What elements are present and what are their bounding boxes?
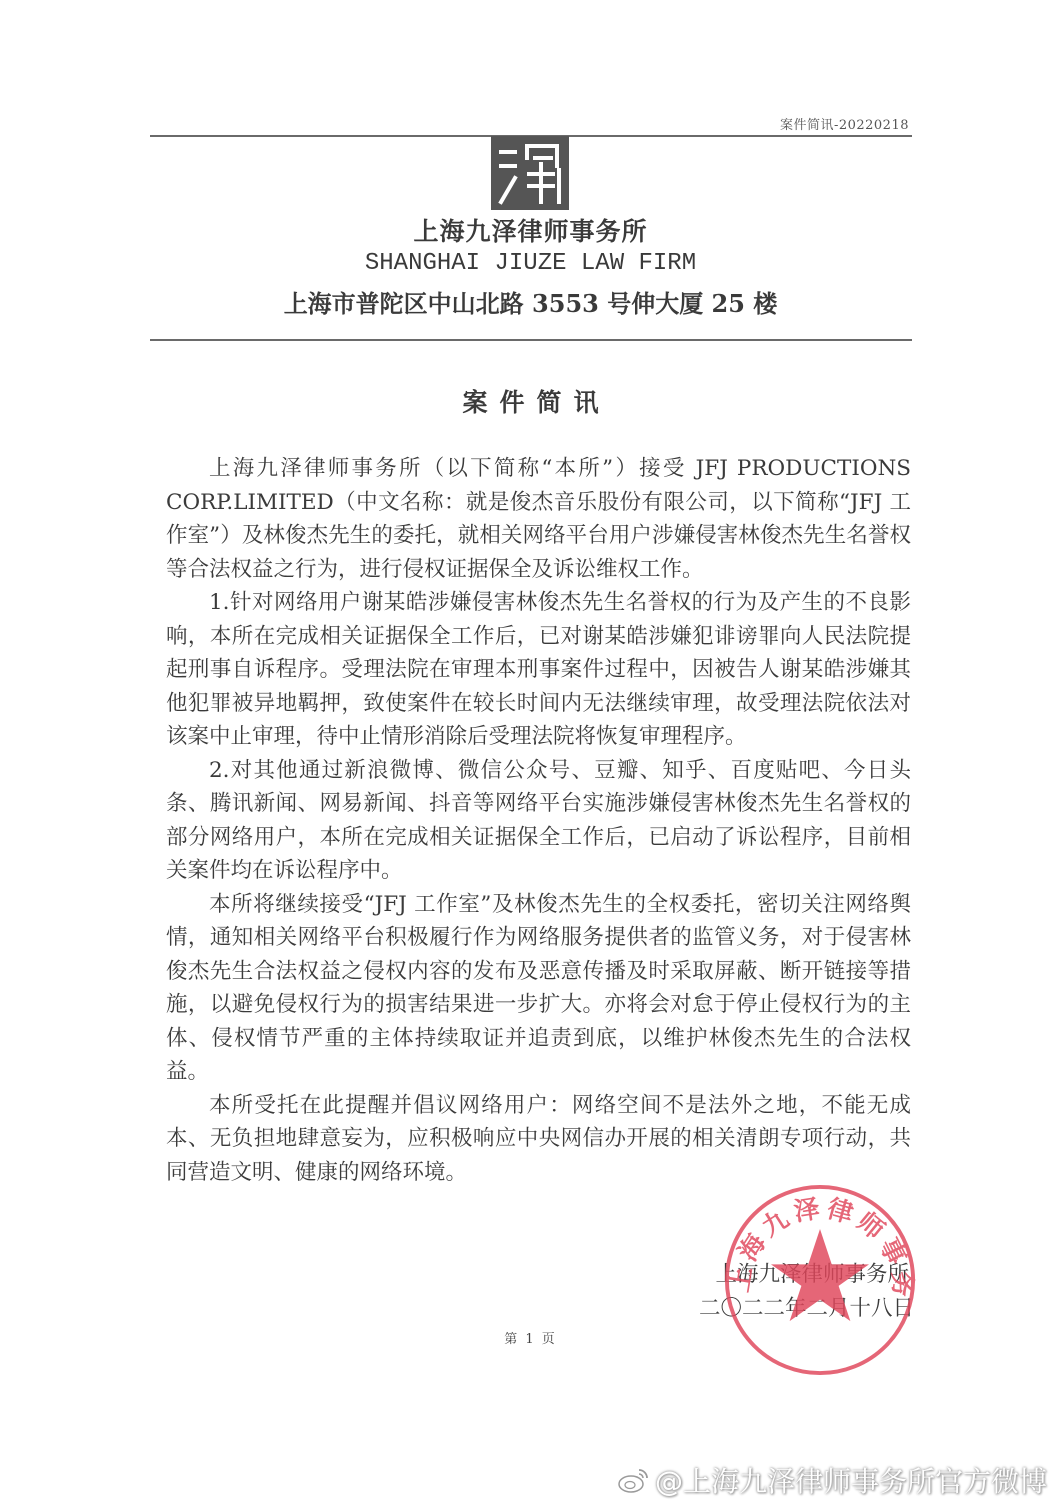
- jiuze-logo-icon: [491, 136, 569, 210]
- page-number: 第 1 页: [0, 1328, 1061, 1347]
- firm-address: 上海市普陀区中山北路 3553 号伸大厦 25 楼: [0, 284, 1061, 319]
- paragraph-intro: 上海九泽律师事务所（以下简称“本所”）接受 JFJ PRODUCTIONS CO…: [166, 452, 911, 586]
- weibo-icon: [617, 1466, 649, 1494]
- header-bottom-rule: [150, 339, 912, 341]
- paragraph-appeal: 本所受托在此提醒并倡议网络用户：网络空间不是法外之地，不能无成本、无负担地肆意妄…: [166, 1089, 911, 1190]
- paragraph-item-1: 1.针对网络用户谢某皓涉嫌侵害林俊杰先生名誉权的行为及产生的不良影响，本所在完成…: [166, 586, 911, 754]
- paragraph-item-2: 2.对其他通过新浪微博、微信公众号、豆瓣、知乎、百度贴吧、今日头条、腾讯新闻、网…: [166, 754, 911, 888]
- weibo-watermark: @上海九泽律师事务所官方微博: [617, 1460, 1047, 1500]
- paragraph-continuation: 本所将继续接受“JFJ 工作室”及林俊杰先生的全权委托，密切关注网络舆情，通知相…: [166, 888, 911, 1089]
- document-title: 案件简讯: [0, 383, 1061, 419]
- signature-block: 上海九泽律师事务所 二〇二二年二月十八日: [699, 1258, 909, 1326]
- signature-date: 二〇二二年二月十八日: [699, 1292, 914, 1326]
- document-reference: 案件简讯-20220218: [780, 114, 909, 133]
- firm-name-chinese: 上海九泽律师事务所: [0, 212, 1061, 248]
- watermark-text: @上海九泽律师事务所官方微博: [655, 1460, 1047, 1500]
- signature-firm: 上海九泽律师事务所: [699, 1258, 909, 1292]
- document-body: 上海九泽律师事务所（以下简称“本所”）接受 JFJ PRODUCTIONS CO…: [166, 452, 911, 1189]
- firm-name-english: SHANGHAI JIUZE LAW FIRM: [0, 250, 1061, 277]
